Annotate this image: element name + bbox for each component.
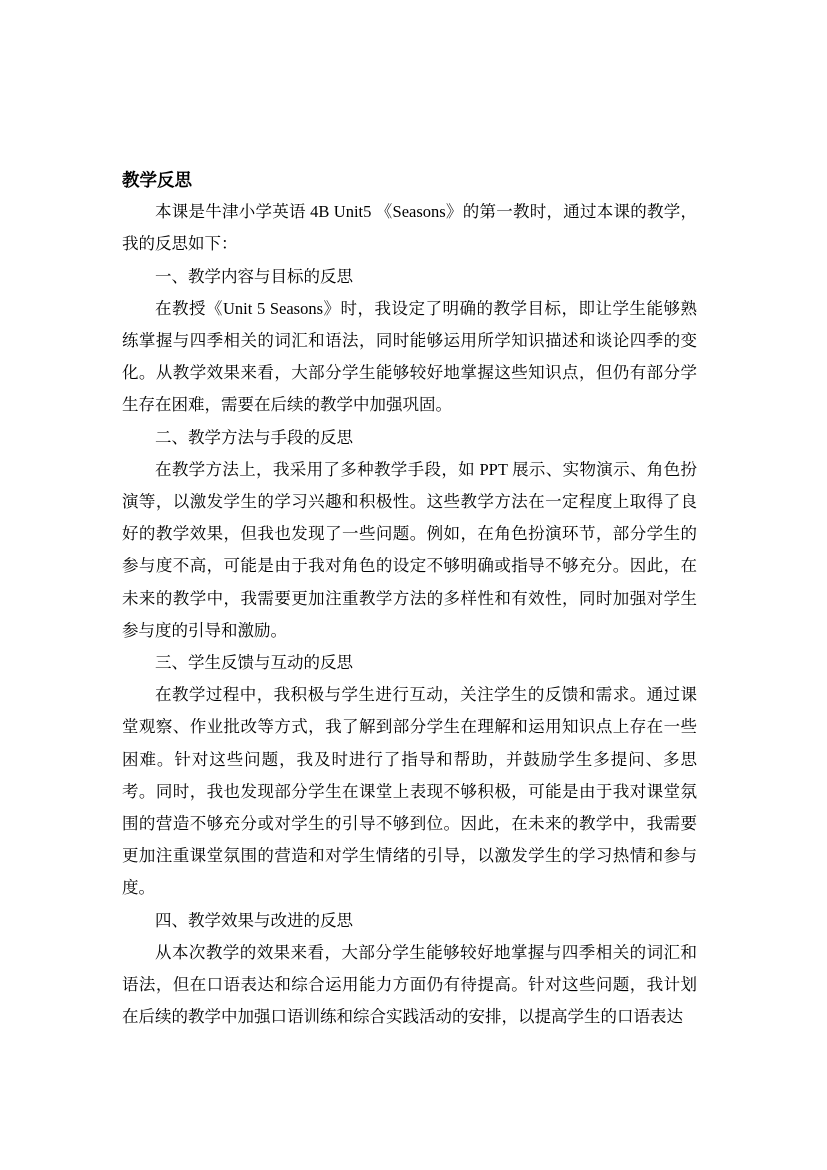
intro-paragraph: 本课是牛津小学英语 4B Unit5 《Seasons》的第一教时，通过本课的教… [122,196,697,260]
document-title: 教学反思 [122,164,697,196]
section-4-paragraph: 从本次教学的效果来看，大部分学生能够较好地掌握与四季相关的词汇和语法，但在口语表… [122,937,697,1034]
section-1-paragraph: 在教授《Unit 5 Seasons》时，我设定了明确的教学目标，即让学生能够熟… [122,293,697,422]
section-1-heading: 一、教学内容与目标的反思 [122,261,697,293]
section-4-heading: 四、教学效果与改进的反思 [122,905,697,937]
section-3-paragraph: 在教学过程中，我积极与学生进行互动，关注学生的反馈和需求。通过课堂观察、作业批改… [122,679,697,904]
document-page: 教学反思 本课是牛津小学英语 4B Unit5 《Seasons》的第一教时，通… [0,0,827,1170]
section-2-paragraph: 在教学方法上，我采用了多种教学手段，如 PPT 展示、实物演示、角色扮演等，以激… [122,454,697,647]
section-2-heading: 二、教学方法与手段的反思 [122,422,697,454]
section-3-heading: 三、学生反馈与互动的反思 [122,647,697,679]
